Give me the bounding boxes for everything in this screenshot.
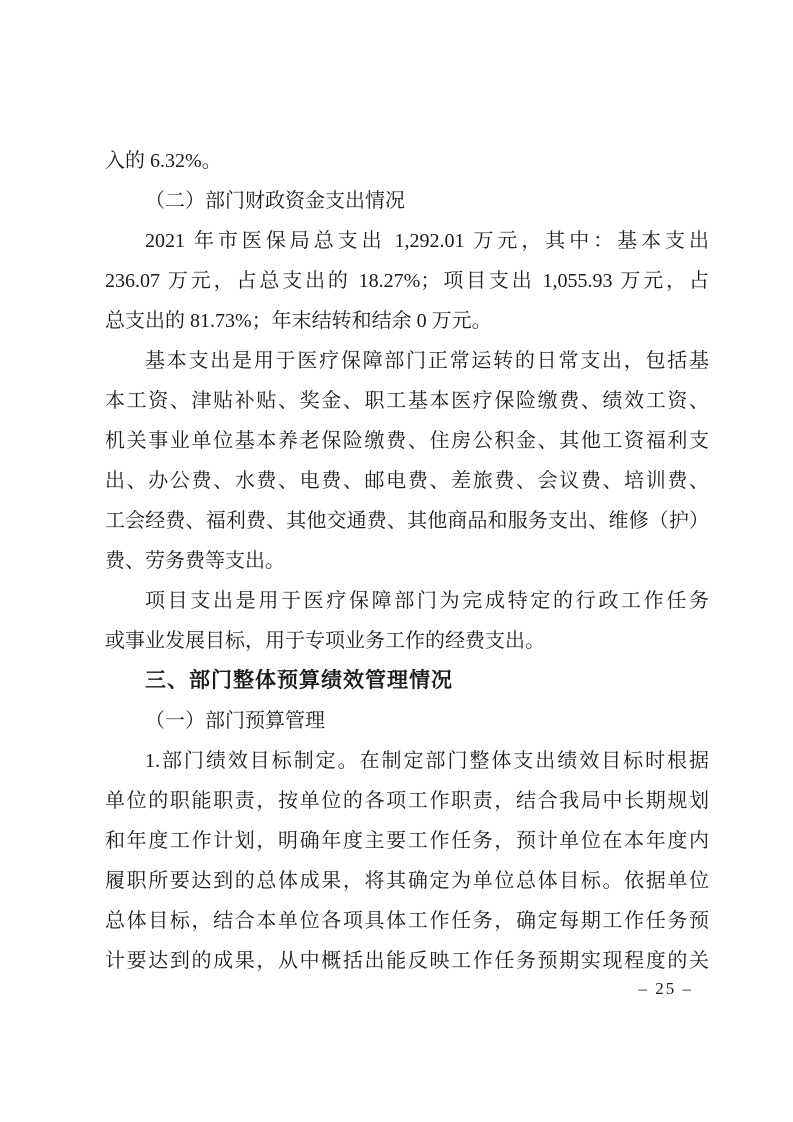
body-text-line: 236.07 万元，占总支出的 18.27%；项目支出 1,055.93 万元，… [105, 261, 709, 301]
body-text-line: 本工资、津贴补贴、奖金、职工基本医疗保险缴费、绩效工资、 [105, 381, 709, 421]
body-text-line: 单位的职能职责，按单位的各项工作职责，结合我局中长期规划 [105, 781, 709, 821]
body-text-line: 或事业发展目标，用于专项业务工作的经费支出。 [105, 621, 709, 661]
body-text-line: 基本支出是用于医疗保障部门正常运转的日常支出，包括基 [105, 341, 709, 381]
section-heading: 三、部门整体预算绩效管理情况 [105, 661, 709, 701]
subsection-heading: （二）部门财政资金支出情况 [105, 181, 709, 221]
body-text-line: 计要达到的成果，从中概括出能反映工作任务预期实现程度的关 [105, 941, 709, 981]
body-text-line: 项目支出是用于医疗保障部门为完成特定的行政工作任务 [105, 581, 709, 621]
body-text-line: 履职所要达到的总体成果，将其确定为单位总体目标。依据单位 [105, 861, 709, 901]
body-text-line: 1.部门绩效目标制定。在制定部门整体支出绩效目标时根据 [105, 741, 709, 781]
body-text-line: 费、劳务费等支出。 [105, 541, 709, 581]
document-page: 入的 6.32%。（二）部门财政资金支出情况2021 年市医保局总支出 1,29… [0, 0, 793, 1122]
page-number: – 25 – [639, 979, 694, 999]
body-text-line: 和年度工作计划，明确年度主要工作任务，预计单位在本年度内 [105, 821, 709, 861]
body-text-line: 2021 年市医保局总支出 1,292.01 万元，其中：基本支出 [105, 221, 709, 261]
body-text-line: 机关事业单位基本养老保险缴费、住房公积金、其他工资福利支 [105, 421, 709, 461]
body-text-line: 总体目标，结合本单位各项具体工作任务，确定每期工作任务预 [105, 901, 709, 941]
body-text-line: 总支出的 81.73%；年末结转和结余 0 万元。 [105, 301, 709, 341]
body-text-line: 出、办公费、水费、电费、邮电费、差旅费、会议费、培训费、 [105, 461, 709, 501]
body-text-line: 工会经费、福利费、其他交通费、其他商品和服务支出、维修（护） [105, 501, 709, 541]
subsection-heading: （一）部门预算管理 [105, 701, 709, 741]
body-text-line: 入的 6.32%。 [105, 141, 709, 181]
document-body: 入的 6.32%。（二）部门财政资金支出情况2021 年市医保局总支出 1,29… [105, 141, 709, 981]
